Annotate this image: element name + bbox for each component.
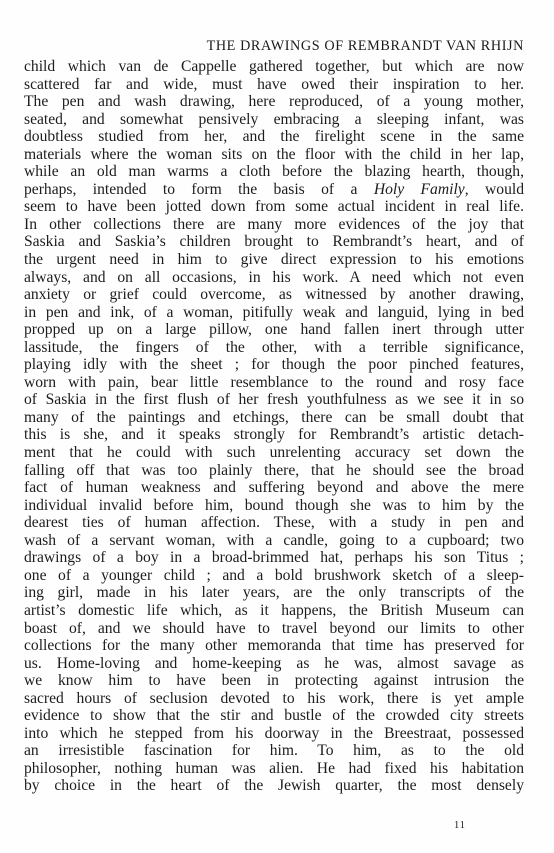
text-line: lassitude, the fingers of the other, wit…	[24, 339, 524, 357]
text-line: drawings of a boy in a broad-brimmed hat…	[24, 549, 524, 567]
text-line: always, and on all occasions, in his wor…	[24, 269, 524, 287]
body-paragraph: child which van de Cappelle gathered tog…	[24, 58, 524, 795]
text-line: this is she, and it speaks strongly for …	[24, 426, 524, 444]
text-line: child which van de Cappelle gathered tog…	[24, 58, 524, 76]
text-line: evidence to show that the stir and bustl…	[24, 707, 524, 725]
italic-title: Holy Family	[374, 181, 465, 198]
text-line: fact of human weakness and suffering bey…	[24, 479, 524, 497]
text-line: we know him to have been in protecting a…	[24, 672, 524, 690]
text-line: ment that he could with such unrelenting…	[24, 444, 524, 462]
text-line: sacred hours of seclusion devoted to his…	[24, 690, 524, 708]
text-line: many of the paintings and etchings, ther…	[24, 409, 524, 427]
text-line: scattered far and wide, must have owed t…	[24, 76, 524, 94]
text-line: artist’s domestic life which, as it happ…	[24, 602, 524, 620]
text-run: , would	[465, 181, 524, 198]
text-line: seated, and somewhat pensively embracing…	[24, 111, 524, 129]
running-head: THE DRAWINGS OF REMBRANDT VAN RHIJN	[132, 37, 524, 55]
text-line: while an old man warms a cloth before th…	[24, 163, 524, 181]
text-line: doubtless studied from her, and the fire…	[24, 128, 524, 146]
text-line: anxiety or grief could overcome, as witn…	[24, 286, 524, 304]
text-line: dearest ties of human affection. These, …	[24, 514, 524, 532]
text-line: us. Home-loving and home-keeping as he w…	[24, 655, 524, 673]
text-line: by choice in the heart of the Jewish qua…	[24, 777, 524, 795]
text-line: into which he stepped from his doorway i…	[24, 725, 524, 743]
text-line: materials where the woman sits on the fl…	[24, 146, 524, 164]
text-line: collections for the many other memoranda…	[24, 637, 524, 655]
text-line: playing idly with the sheet ; for though…	[24, 356, 524, 374]
text-line: of Saskia in the first flush of her fres…	[24, 391, 524, 409]
text-line: Saskia and Saskia’s children brought to …	[24, 233, 524, 251]
text-line: In other collections there are many more…	[24, 216, 524, 234]
text-line: one of a younger child ; and a bold brus…	[24, 567, 524, 585]
page-number: 11	[452, 819, 468, 833]
text-line: boast of, and we should have to travel b…	[24, 620, 524, 638]
text-line: the urgent need in him to give direct ex…	[24, 251, 524, 269]
text-line: worn with pain, bear little resemblance …	[24, 374, 524, 392]
text-line: in pen and ink, of a woman, pitifully we…	[24, 304, 524, 322]
text-run: perhaps, intended to form the basis of a	[24, 181, 374, 198]
text-line: propped up on a large pillow, one hand f…	[24, 321, 524, 339]
text-line: philosopher, nothing human was alien. He…	[24, 760, 524, 778]
text-line: wash of a servant woman, with a candle, …	[24, 532, 524, 550]
book-page: THE DRAWINGS OF REMBRANDT VAN RHIJN chil…	[0, 0, 554, 853]
text-line: falling off that was too plainly there, …	[24, 462, 524, 480]
text-line: perhaps, intended to form the basis of a…	[24, 181, 524, 199]
text-line: seem to have been jotted down from some …	[24, 198, 524, 216]
text-line: an irresistible fascination for him. To …	[24, 742, 524, 760]
text-line: individual invalid before him, bound tho…	[24, 497, 524, 515]
text-line: The pen and wash drawing, here reproduce…	[24, 93, 524, 111]
text-line: ing girl, made in his later years, are t…	[24, 584, 524, 602]
